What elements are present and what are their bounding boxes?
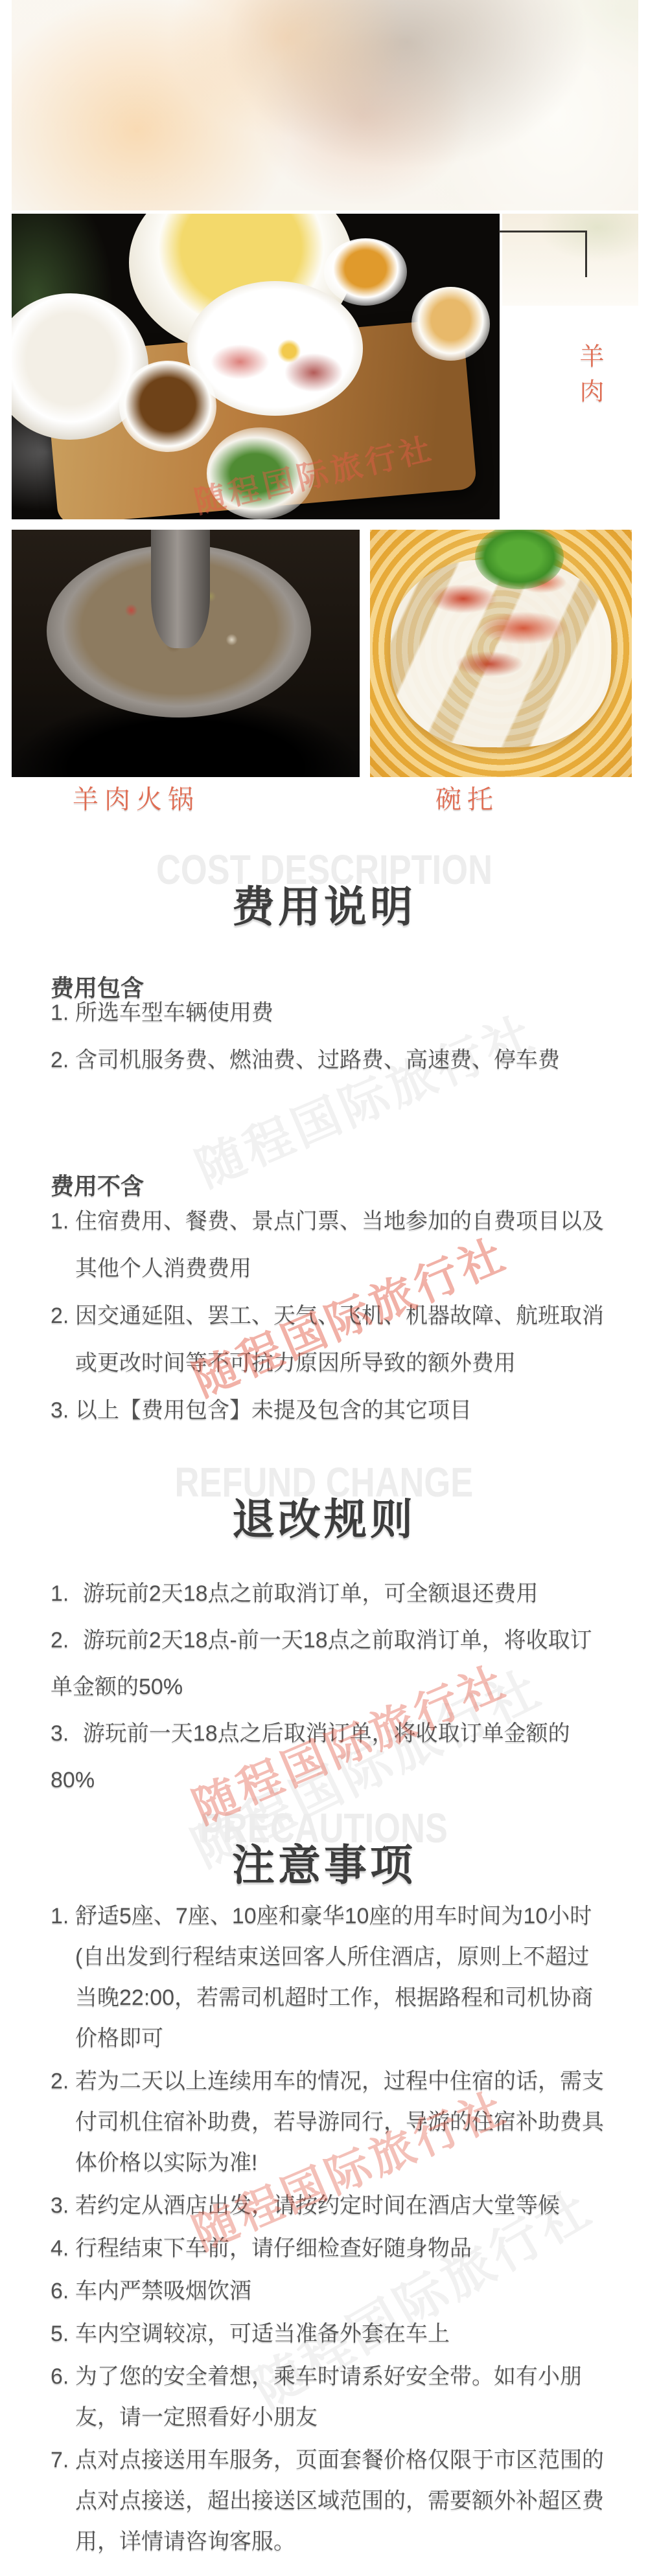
pot-chimney-shape xyxy=(151,530,210,648)
subheading-cost-exclude: 费用不含 xyxy=(51,1168,144,1201)
section-title-refund: 退改规则 xyxy=(0,1498,648,1541)
pale-side-photo xyxy=(502,214,638,306)
item-text: 以上【费用包含】未提及包含的其它项目 xyxy=(75,1387,609,1434)
item-number: 1. xyxy=(51,1896,75,2059)
tour-detail-page: 羊肉 羊肉火锅 碗托 随程国际旅行社 随程国际旅行社 随程国际旅行社 随程国际旅… xyxy=(0,0,648,2576)
side-dish-shape xyxy=(411,287,489,360)
item-text: 所选车型车辆使用费 xyxy=(75,989,609,1037)
item-number: 1. xyxy=(51,1581,69,1606)
section-title-cost: 费用说明 xyxy=(0,885,648,928)
item-text: 车内严禁吸烟饮酒 xyxy=(75,2271,609,2312)
item-number: 1. xyxy=(51,989,75,1037)
item-text: 游玩前2天18点之前取消订单，可全额退还费用 xyxy=(83,1581,538,1606)
item-number: 2. xyxy=(51,2061,75,2184)
item-text: 含司机服务费、燃油费、过路费、高速费、停车费 xyxy=(75,1037,609,1084)
list-item: 1. 住宿费用、餐费、景点门票、当地参加的自费项目以及其他个人消费费用 xyxy=(51,1198,609,1293)
lamb-hotpot-photo xyxy=(12,530,360,777)
item-text: 行程结束下车前，请仔细检查好随身物品 xyxy=(75,2228,609,2269)
list-item: 1. 游玩前2天18点之前取消订单，可全额退还费用 xyxy=(51,1570,609,1617)
caption-lamb-hotpot: 羊肉火锅 xyxy=(73,779,200,816)
veggie-dish-shape xyxy=(207,427,314,519)
item-text: 因交通延阻、罢工、天气、飞机、机器故障、航班取消或更改时间等不可抗力原因所导致的… xyxy=(75,1293,609,1387)
item-text: 游玩前2天18点-前一天18点之前取消订单，将收取订单金额的50% xyxy=(51,1628,592,1699)
top-dish-photo xyxy=(12,0,638,210)
item-number: 6. xyxy=(51,2271,75,2312)
list-item: 7. 点对点接送用车服务，页面套餐价格仅限于市区范围的点对点接送，超出接送区域范… xyxy=(51,2440,609,2562)
item-text: 车内空调较凉，可适当准备外套在车上 xyxy=(75,2314,609,2355)
item-text: 住宿费用、餐费、景点门票、当地参加的自费项目以及其他个人消费费用 xyxy=(75,1198,609,1293)
item-number: 2. xyxy=(51,1628,69,1653)
item-number: 1. xyxy=(51,1198,75,1293)
list-item: 6. 为了您的安全着想，乘车时请系好安全带。如有小朋友，请一定照看好小朋友 xyxy=(51,2356,609,2438)
cost-include-list: 1. 所选车型车辆使用费 2. 含司机服务费、燃油费、过路费、高速费、停车费 xyxy=(51,989,609,1084)
item-text: 若约定从酒店出发，请按约定时间在酒店大堂等候 xyxy=(75,2186,609,2226)
side-dish-shape xyxy=(119,361,217,453)
list-item: 3. 游玩前一天18点之后取消订单，将收取订单金额的80% xyxy=(51,1710,609,1803)
section-title-notes: 注意事项 xyxy=(0,1844,648,1886)
wantuo-photo xyxy=(370,530,632,777)
side-dish-shape xyxy=(324,238,407,306)
list-item: 2. 游玩前2天18点-前一天18点之前取消订单，将收取订单金额的50% xyxy=(51,1617,609,1710)
item-text: 为了您的安全着想，乘车时请系好安全带。如有小朋友，请一定照看好小朋友 xyxy=(75,2356,609,2438)
list-item: 4. 行程结束下车前，请仔细检查好随身物品 xyxy=(51,2228,609,2269)
list-item: 3. 以上【费用包含】未提及包含的其它项目 xyxy=(51,1387,609,1434)
item-number: 4. xyxy=(51,2228,75,2269)
list-item: 5. 车内空调较凉，可适当准备外套在车上 xyxy=(51,2314,609,2355)
callout-line-horizontal xyxy=(499,231,587,232)
callout-line-vertical xyxy=(585,231,587,277)
item-text: 游玩前一天18点之后取消订单，将收取订单金额的80% xyxy=(51,1721,570,1792)
item-number: 3. xyxy=(51,1387,75,1434)
list-item: 1. 所选车型车辆使用费 xyxy=(51,989,609,1037)
item-text: 若为二天以上连续用车的情况，过程中住宿的话，需支付司机住宿补助费，若导游同行，导… xyxy=(75,2061,609,2184)
list-item: 2. 因交通延阻、罢工、天气、飞机、机器故障、航班取消或更改时间等不可抗力原因所… xyxy=(51,1293,609,1387)
list-item: 2. 含司机服务费、燃油费、过路费、高速费、停车费 xyxy=(51,1037,609,1084)
list-item: 2. 若为二天以上连续用车的情况，过程中住宿的话，需支付司机住宿补助费，若导游同… xyxy=(51,2061,609,2184)
item-number: 2. xyxy=(51,1037,75,1084)
refund-rules-list: 1. 游玩前2天18点之前取消订单，可全额退还费用 2. 游玩前2天18点-前一… xyxy=(51,1570,609,1803)
caption-wantuo: 碗托 xyxy=(435,779,499,816)
item-text: 舒适5座、7座、10座和豪华10座的用车时间为10小时(自出发到行程结束送回客人… xyxy=(75,1896,609,2059)
item-number: 6. xyxy=(51,2356,75,2438)
item-number: 3. xyxy=(51,2186,75,2226)
item-number: 5. xyxy=(51,2314,75,2355)
item-number: 3. xyxy=(51,1721,69,1746)
item-number: 2. xyxy=(51,1293,75,1387)
list-item: 1. 舒适5座、7座、10座和豪华10座的用车时间为10小时(自出发到行程结束送… xyxy=(51,1896,609,2059)
cost-exclude-list: 1. 住宿费用、餐费、景点门票、当地参加的自费项目以及其他个人消费费用 2. 因… xyxy=(51,1198,609,1434)
lamb-set-photo xyxy=(12,214,500,519)
list-item: 3. 若约定从酒店出发，请按约定时间在酒店大堂等候 xyxy=(51,2186,609,2226)
lamb-side-label: 羊肉 xyxy=(572,343,607,413)
list-item: 6. 车内严禁吸烟饮酒 xyxy=(51,2271,609,2312)
item-text: 点对点接送用车服务，页面套餐价格仅限于市区范围的点对点接送，超出接送区域范围的，… xyxy=(75,2440,609,2562)
notes-list: 1. 舒适5座、7座、10座和豪华10座的用车时间为10小时(自出发到行程结束送… xyxy=(51,1896,609,2564)
item-number: 7. xyxy=(51,2440,75,2562)
